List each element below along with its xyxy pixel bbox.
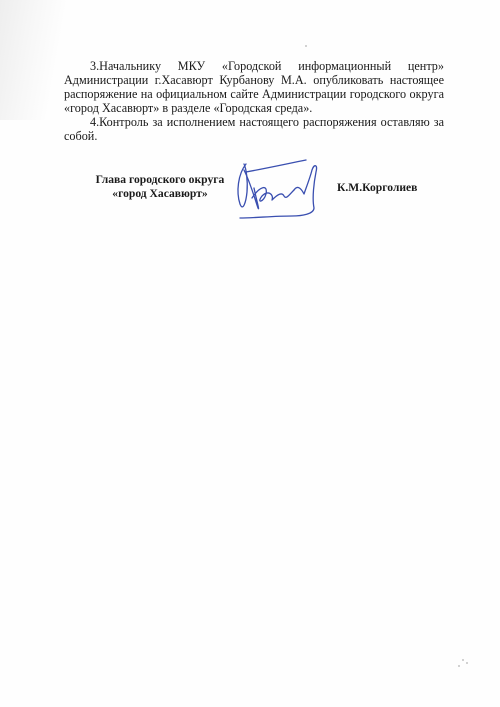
signatory-name: К.М.Корголиев [337,181,417,195]
handwritten-signature-icon [232,158,324,220]
document-page: 3.Начальнику МКУ «Городской информационн… [0,0,500,707]
scan-speck [466,662,468,664]
document-body: 3.Начальнику МКУ «Городской информационн… [64,59,444,143]
scan-speck [462,659,464,661]
paragraph-4: 4.Контроль за исполнением настоящего рас… [64,115,444,143]
paragraph-3: 3.Начальнику МКУ «Городской информационн… [64,59,444,115]
scan-shadow [0,0,70,120]
position-line-1: Глава городского округа [90,173,230,187]
position-line-2: «город Хасавюрт» [90,187,230,201]
scan-speck [458,665,460,667]
scan-speck [305,45,307,47]
signatory-position: Глава городского округа «город Хасавюрт» [90,173,230,201]
